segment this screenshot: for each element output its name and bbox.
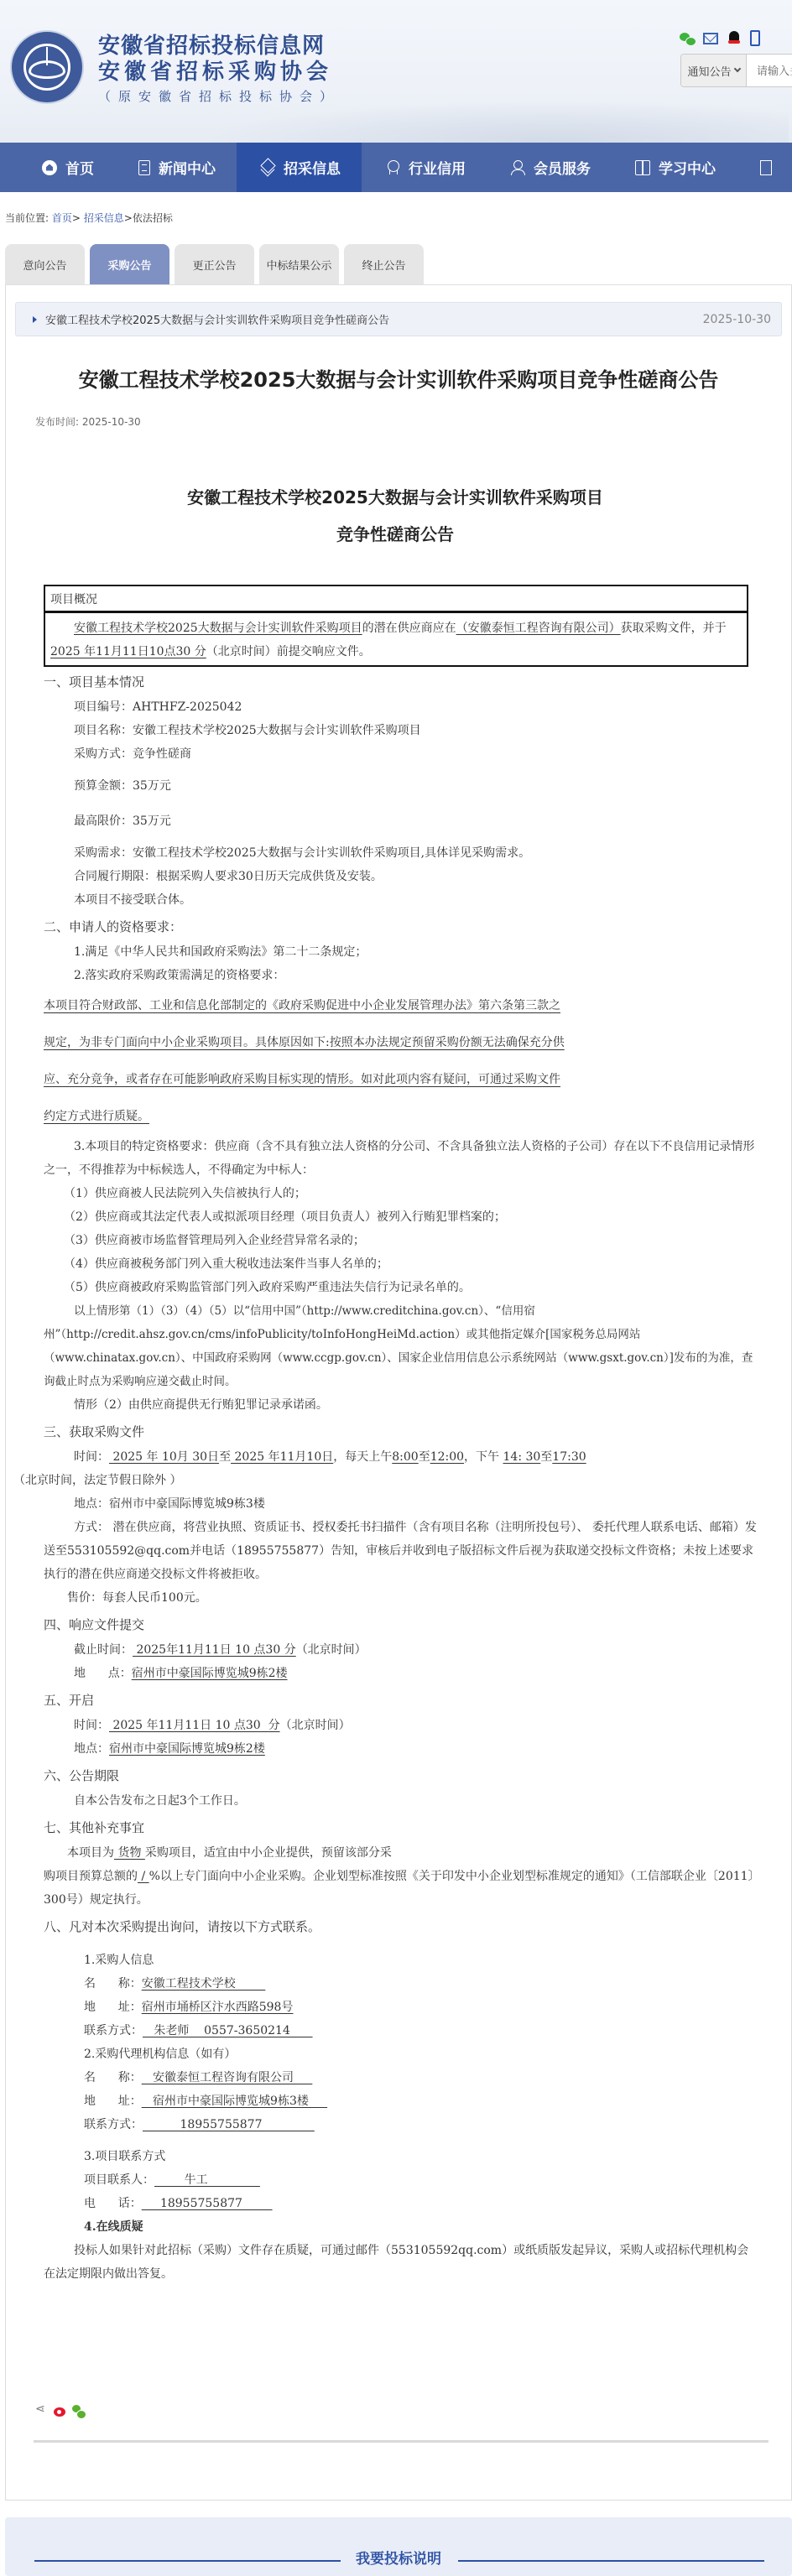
breadcrumb-procurement[interactable]: 招采信息 xyxy=(84,212,124,224)
document-price: 售价：每套人民币100元。 xyxy=(30,1586,760,1610)
section-1-heading: 一、项目基本情况 xyxy=(44,669,760,695)
search-input[interactable] xyxy=(747,55,792,86)
list-item-date: 2025-10-30 xyxy=(703,313,771,326)
search-category-select[interactable]: 通知公告 xyxy=(681,55,747,86)
layers-icon xyxy=(260,160,275,175)
document-title: 安徽工程技术学校2025大数据与会计实训软件采购项目 竞争性磋商公告 xyxy=(30,479,760,553)
main-nav: 首页 新闻中心 招采信息 行业信用 会员服务 学习中心 xyxy=(0,143,792,192)
opening-time: 时间： 2025 年11月11日 10 点30 分（北京时间） xyxy=(30,1714,760,1737)
breadcrumb-home[interactable]: 首页 xyxy=(52,212,72,224)
requirement-3: 3.本项目的特定资格要求：供应商（含不具有独立法人资格的分公司、不含具备独立法人… xyxy=(30,1135,760,1182)
requirement-1: 1.满足《中华人民共和国政府采购法》第二十二条规定； xyxy=(30,940,760,964)
buyer-name: 名 称：安徽工程技术学校 xyxy=(30,1972,760,1996)
tab-intent-notice[interactable]: 意向公告 xyxy=(5,244,85,284)
site-name-primary: 安徽省招标投标信息网 xyxy=(98,34,340,60)
site-name-former: （原安徽省招标投标协会） xyxy=(98,86,340,107)
section-3-heading: 三、获取采购文件 xyxy=(44,1418,760,1445)
weibo-icon[interactable] xyxy=(54,2405,67,2418)
document-icon xyxy=(138,160,150,175)
overview-heading: 项目概况 xyxy=(45,586,747,613)
project-name: 项目名称：安徽工程技术学校2025大数据与会计实训软件采购项目 xyxy=(30,719,760,742)
submission-deadline: 截止时间： 2025年11月11日 10 点30 分（北京时间） xyxy=(30,1638,760,1662)
announcement-body: 安徽工程技术学校2025大数据与会计实训软件采购项目 竞争性磋商公告 项目概况 … xyxy=(30,479,760,2286)
sme-policy-text: 本项目符合财政部、工业和信息化部制定的《政府采购促进中小企业发展管理办法》第六条… xyxy=(30,987,760,1135)
sme-note-line1: 本项目为 货物 采购项目，适宜由中小企业提供，预留该部分采 xyxy=(30,1841,760,1865)
breadcrumb-current: 依法招标 xyxy=(133,212,173,224)
share-bar xyxy=(35,2403,782,2420)
max-price: 最高限价：35万元 xyxy=(30,809,760,833)
agency-info-heading: 2.采购代理机构信息（如有） xyxy=(30,2043,760,2066)
site-header: 安徽省招标投标信息网 安徽省招标采购协会 （原安徽省招标投标协会） 通知公告 xyxy=(0,0,792,143)
share-icon[interactable] xyxy=(35,2405,49,2418)
section-6-heading: 六、公告期限 xyxy=(44,1762,760,1789)
online-query-text: 投标人如果针对此招标（采购）文件存在质疑，可通过邮件（553105592qq.c… xyxy=(30,2239,760,2286)
credit-case-4: （4）供应商被税务部门列入重大税收违法案件当事人名单的； xyxy=(30,1252,760,1276)
bid-instructions-title: 我要投标说明 xyxy=(5,2547,792,2568)
buyer-address: 地 址：宿州市埇桥区汴水西路598号 xyxy=(30,1996,760,2019)
article-title: 安徽工程技术学校2025大数据与会计实训软件采购项目竞争性磋商公告 xyxy=(40,364,757,396)
opening-place: 地点：宿州市中豪国际博览城9栋2楼 xyxy=(30,1737,760,1761)
section-5-heading: 五、开启 xyxy=(44,1687,760,1714)
procurement-demand: 采购需求：安徽工程技术学校2025大数据与会计实训软件采购项目,具体详见采购需求… xyxy=(30,841,760,865)
online-query-heading: 4.在线质疑 xyxy=(30,2215,760,2239)
section-4-heading: 四、响应文件提交 xyxy=(44,1611,760,1638)
publish-time: 发布时间: 2025-10-30 xyxy=(35,414,782,429)
book-icon xyxy=(635,160,650,175)
nav-item-members[interactable]: 会员服务 xyxy=(487,143,612,192)
caret-right-icon xyxy=(33,316,37,323)
bid-instructions-section: 我要投标说明 xyxy=(5,2517,792,2576)
association-logo[interactable] xyxy=(10,30,84,104)
divider xyxy=(34,2440,769,2443)
search-box: 通知公告 xyxy=(680,54,792,87)
buyer-contact: 联系方式： 朱老师 0557-3650214 xyxy=(30,2019,760,2043)
user-icon xyxy=(510,160,525,175)
credit-case-5: （5）供应商被政府采购监管部门列入政府采购严重违法失信行为记录名单的。 xyxy=(30,1276,760,1299)
acquisition-place: 地点：宿州市中豪国际博览城9栋3楼 xyxy=(30,1492,760,1516)
project-number: 项目编号：AHTHFZ-2025042 xyxy=(30,695,760,719)
site-name-secondary: 安徽省招标采购协会 xyxy=(98,60,340,86)
calendar-icon xyxy=(760,160,772,175)
project-contact-person: 项目联系人： 牛工 xyxy=(30,2168,760,2192)
breadcrumb: 当前位置: 首页> 招采信息>依法招标 xyxy=(0,192,792,244)
home-icon xyxy=(42,160,57,175)
budget-amount: 预算金额：35万元 xyxy=(30,774,760,798)
wechat-icon[interactable] xyxy=(680,31,695,46)
divider xyxy=(458,2560,764,2562)
document-acquisition-time: 时间： 2025 年 10月 30日至 2025 年11月10日，每天上午8:0… xyxy=(30,1445,760,1492)
bribery-note: 情形（2）由供应商提供无行贿犯罪记录承诺函。 xyxy=(30,1393,760,1417)
agency-name: 名 称： 安徽泰恒工程咨询有限公司 xyxy=(30,2066,760,2089)
mobile-icon[interactable] xyxy=(750,30,760,46)
consortium-note: 本项目不接受联合体。 xyxy=(30,888,760,912)
qq-icon[interactable] xyxy=(727,31,742,46)
tab-termination-notice[interactable]: 终止公告 xyxy=(344,244,424,284)
wechat-icon[interactable] xyxy=(72,2405,86,2418)
project-overview-box: 项目概况 安徽工程技术学校2025大数据与会计实训软件采购项目的潜在供应商应在（… xyxy=(44,585,748,667)
mail-icon[interactable] xyxy=(703,33,718,44)
notice-period: 自本公告发布之日起3个工作日。 xyxy=(30,1789,760,1813)
chevron-down-icon xyxy=(733,65,740,72)
tab-award-notice[interactable]: 中标结果公示 xyxy=(259,244,339,284)
nav-item-procurement[interactable]: 招采信息 xyxy=(237,143,362,192)
section-2-heading: 二、申请人的资格要求： xyxy=(44,913,760,940)
social-links xyxy=(680,30,760,46)
nav-item-home[interactable]: 首页 xyxy=(18,143,115,192)
requirement-2: 2.落实政府采购政策需满足的资格要求： xyxy=(30,964,760,987)
site-title: 安徽省招标投标信息网 安徽省招标采购协会 （原安徽省招标投标协会） xyxy=(98,34,340,107)
credit-case-2: （2）供应商或其法定代表人或拟派项目经理（项目负责人）被列入行贿犯罪档案的； xyxy=(30,1205,760,1229)
buyer-info-heading: 1.采购人信息 xyxy=(30,1949,760,1972)
tab-procurement-notice[interactable]: 采购公告 xyxy=(90,244,169,284)
overview-text: 安徽工程技术学校2025大数据与会计实训软件采购项目的潜在供应商应在（安徽泰恒工… xyxy=(45,613,747,665)
section-8-heading: 八、凡对本次采购提出询问，请按以下方式联系。 xyxy=(44,1913,760,1940)
notice-tabs: 意向公告 采购公告 更正公告 中标结果公示 终止公告 xyxy=(0,244,792,284)
article-container: 安徽工程技术学校2025大数据与会计实训软件采购项目竞争性磋商公告 2025-1… xyxy=(5,284,792,2501)
acquisition-method: 方式： 潜在供应商，将营业执照、资质证书、授权委托书扫描件（含有项目名称（注明所… xyxy=(30,1516,760,1586)
nav-item-credit[interactable]: 行业信用 xyxy=(362,143,487,192)
list-item[interactable]: 安徽工程技术学校2025大数据与会计实训软件采购项目竞争性磋商公告 2025-1… xyxy=(15,302,782,336)
agency-address: 地 址： 宿州市中豪国际博览城9栋3楼 xyxy=(30,2089,760,2113)
nav-item-news[interactable]: 新闻中心 xyxy=(115,143,237,192)
tab-correction-notice[interactable]: 更正公告 xyxy=(175,244,254,284)
section-7-heading: 七、其他补充事宜 xyxy=(44,1814,760,1841)
credit-case-1: （1）供应商被人民法院列入失信被执行人的； xyxy=(30,1182,760,1205)
medal-icon xyxy=(385,160,400,175)
list-item-title: 安徽工程技术学校2025大数据与会计实训软件采购项目竞争性磋商公告 xyxy=(45,311,703,327)
sme-note-line2: 购项目预算总额的 / %以上专门面向中小企业采购。企业划型标准按照《关于印发中小… xyxy=(30,1865,760,1912)
credit-case-3: （3）供应商被市场监督管理局列入企业经营异常名录的； xyxy=(30,1229,760,1252)
project-contact-heading: 3.项目联系方式 xyxy=(30,2145,760,2168)
contract-term: 合同履行期限：根据采购人要求30日历天完成供货及安装。 xyxy=(30,865,760,888)
agency-contact: 联系方式： 18955755877 xyxy=(30,2113,760,2136)
credit-check-note: 以上情形第（1）（3）（4）（5）以“信用中国”（http://www.cred… xyxy=(30,1299,760,1393)
nav-item-learning[interactable]: 学习中心 xyxy=(612,143,737,192)
procurement-method: 采购方式：竞争性磋商 xyxy=(30,742,760,766)
nav-item-more[interactable] xyxy=(737,143,772,192)
submission-place: 地 点：宿州市中豪国际博览城9栋2楼 xyxy=(30,1662,760,1685)
project-contact-phone: 电 话： 18955755877 xyxy=(30,2192,760,2215)
